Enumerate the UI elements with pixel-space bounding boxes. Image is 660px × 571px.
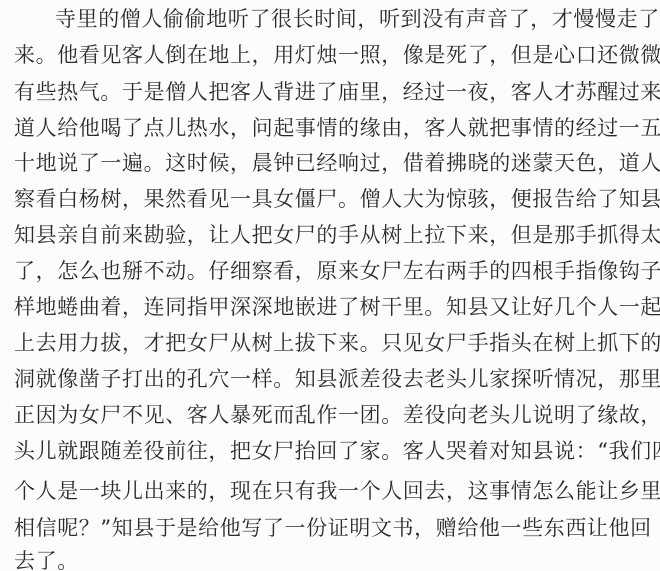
text-line-15: 相信呢？”知县于是给他写了一份证明文书，赠给他一些东西让他回 — [14, 513, 646, 543]
text-line-14: 个人是一块儿出来的，现在只有我一个人回去，这事情怎么能让乡里人 — [14, 476, 646, 506]
text-line-1: 寺里的僧人偷偷地听了很长时间，听到没有声音了，才慢慢走了出 — [55, 4, 646, 34]
text-line-4: 道人给他喝了点儿热水，问起事情的缘由，客人就把事情的经过一五一 — [14, 113, 646, 143]
text-line-16: 去了。 — [14, 546, 646, 571]
text-line-10: 上去用力拔，才把女尸从树上拔下来。只见女尸手指头在树上抓下的 — [14, 328, 646, 358]
document-page: 寺里的僧人偷偷地听了很长时间，听到没有声音了，才慢慢走了出 来。他看见客人倒在地… — [0, 0, 660, 571]
text-line-9: 样地蜷曲着，连同指甲深深地嵌进了树干里。知县又让好几个人一起 — [14, 292, 646, 322]
text-line-5: 十地说了一遍。这时候，晨钟已经响过，借着拂晓的迷蒙天色，道人去 — [14, 148, 646, 178]
text-line-11: 洞就像凿子打出的孔穴一样。知县派差役去老头儿家探听情况，那里 — [14, 364, 646, 394]
text-line-8: 了，怎么也掰不动。仔细察看，原来女尸左右两手的四根手指像钩子一 — [14, 256, 646, 286]
text-line-6: 察看白杨树，果然看见一具女僵尸。僧人大为惊骇，便报告给了知县。 — [14, 184, 646, 214]
text-line-3: 有些热气。于是僧人把客人背进了庙里，经过一夜，客人才苏醒过来。 — [14, 77, 646, 107]
text-line-7: 知县亲自前来勘验，让人把女尸的手从树上拉下来，但是那手抓得太牢 — [14, 220, 646, 250]
text-line-12: 正因为女尸不见、客人暴死而乱作一团。差役向老头儿说明了缘故，老 — [14, 400, 646, 430]
text-line-2: 来。他看见客人倒在地上，用灯烛一照，像是死了，但是心口还微微地 — [14, 40, 646, 70]
text-line-13: 头儿就跟随差役前往，把女尸抬回了家。客人哭着对知县说：“我们四 — [14, 436, 646, 466]
